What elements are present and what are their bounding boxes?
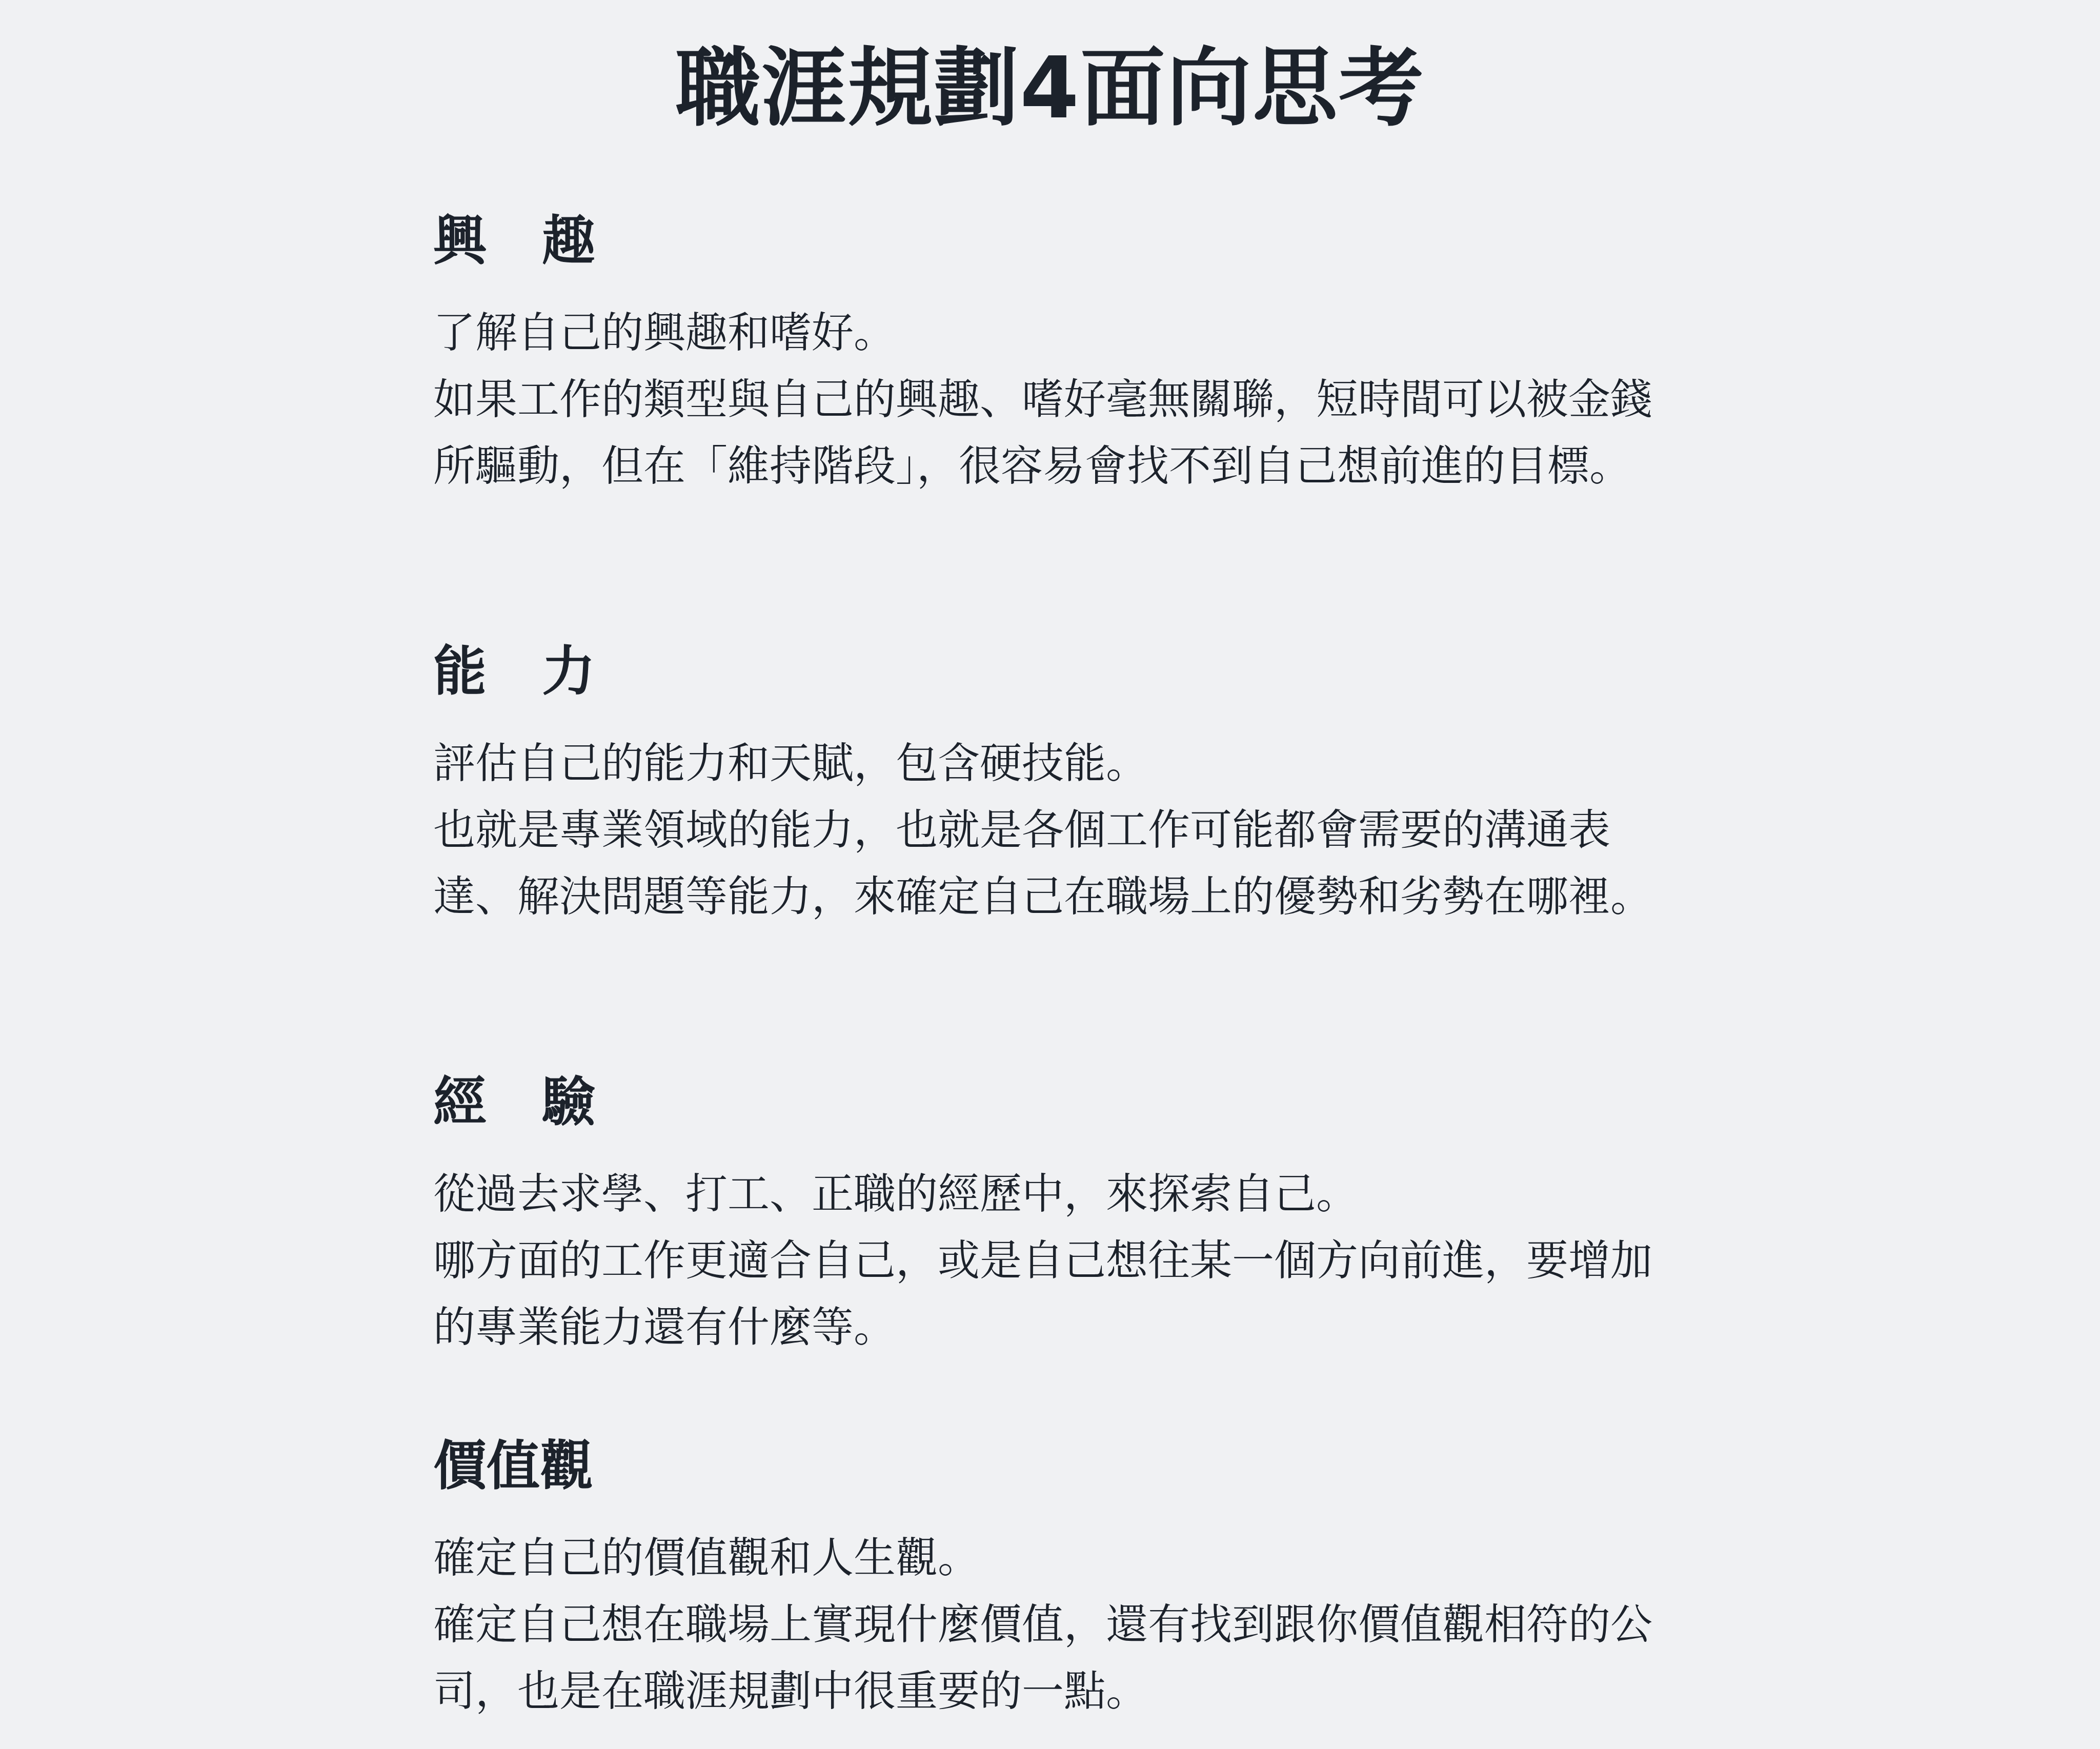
section-body-ability: 評估自己的能力和天賦，包含硬技能。 也就是專業領域的能力，也就是各個工作可能都會… — [433, 730, 1674, 930]
section-body-interest: 了解自己的興趣和嗜好。 如果工作的類型與自己的興趣、嗜好毫無關聯，短時間可以被金… — [433, 300, 1674, 500]
section-interest: 興趣 了解自己的興趣和嗜好。 如果工作的類型與自己的興趣、嗜好毫無關聯，短時間可… — [433, 208, 1674, 500]
section-experience: 經驗 從過去求學、打工、正職的經歷中，來探索自己。 哪方面的工作更適合自己，或是… — [433, 1069, 1674, 1361]
section-heading-values: 價值觀 — [433, 1433, 1674, 1499]
section-summary: 了解自己的興趣和嗜好。 — [433, 300, 1674, 367]
section-summary: 評估自己的能力和天賦，包含硬技能。 — [433, 730, 1674, 797]
section-detail: 哪方面的工作更適合自己，或是自己想往某一個方向前進，要增加的專業能力還有什麼等。 — [433, 1228, 1674, 1361]
section-summary: 從過去求學、打工、正職的經歷中，來探索自己。 — [433, 1161, 1674, 1228]
section-body-experience: 從過去求學、打工、正職的經歷中，來探索自己。 哪方面的工作更適合自己，或是自己想… — [433, 1161, 1674, 1361]
section-detail: 確定自己想在職場上實現什麼價值，還有找到跟你價值觀相符的公司，也是在職涯規劃中很… — [433, 1592, 1674, 1725]
page-title: 職涯規劃4面向思考 — [0, 40, 2100, 137]
section-ability: 能力 評估自己的能力和天賦，包含硬技能。 也就是專業領域的能力，也就是各個工作可… — [433, 638, 1674, 930]
section-values: 價值觀 確定自己的價值觀和人生觀。 確定自己想在職場上實現什麼價值，還有找到跟你… — [433, 1433, 1674, 1725]
section-heading-experience: 經驗 — [433, 1069, 1674, 1135]
section-heading-interest: 興趣 — [433, 208, 1674, 274]
section-detail: 如果工作的類型與自己的興趣、嗜好毫無關聯，短時間可以被金錢所驅動，但在「維持階段… — [433, 367, 1674, 500]
section-summary: 確定自己的價值觀和人生觀。 — [433, 1525, 1674, 1592]
section-body-values: 確定自己的價值觀和人生觀。 確定自己想在職場上實現什麼價值，還有找到跟你價值觀相… — [433, 1525, 1674, 1725]
section-heading-ability: 能力 — [433, 638, 1674, 705]
section-detail: 也就是專業領域的能力，也就是各個工作可能都會需要的溝通表達、解決問題等能力，來確… — [433, 797, 1674, 930]
